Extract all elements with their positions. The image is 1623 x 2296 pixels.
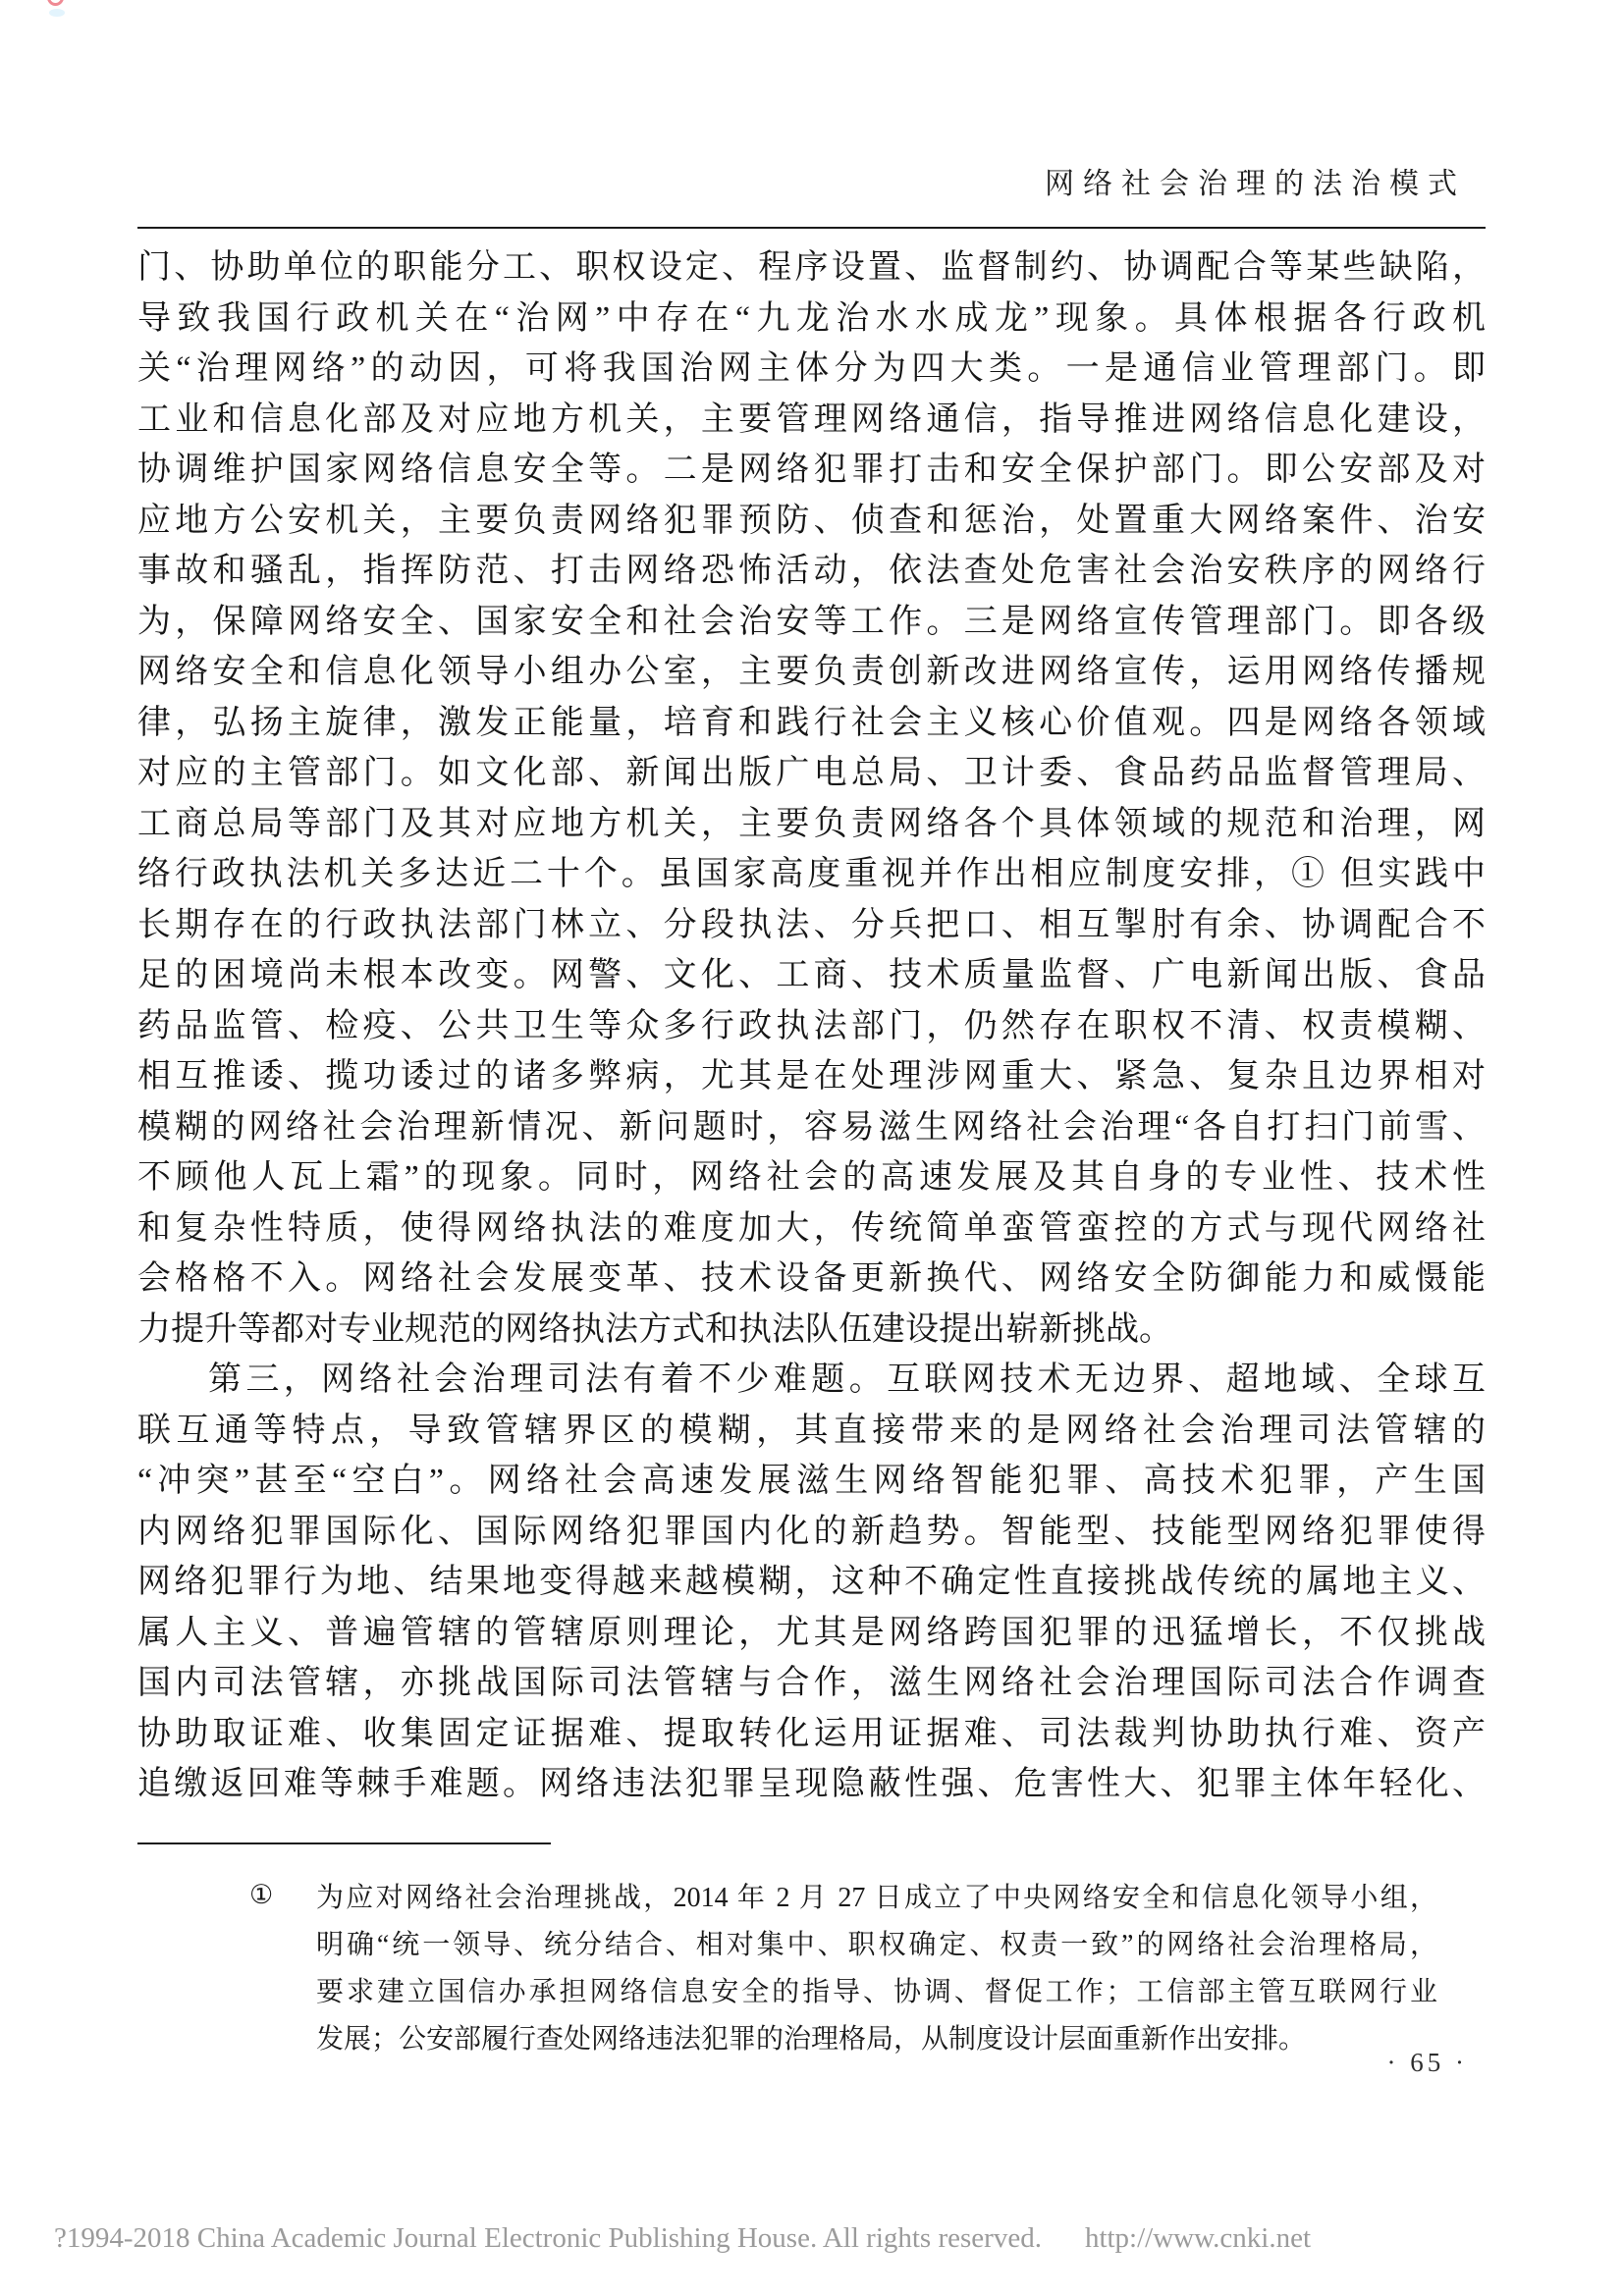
text-line: 力提升等都对专业规范的网络执法方式和执法队伍建设提出崭新挑战。 — [137, 1305, 1486, 1356]
text-line: 药品监管、检疫、公共卫生等众多行政执法部门，仍然存在职权不清、权责模糊、 — [137, 1001, 1486, 1052]
text-line: 属人主义、普遍管辖的管辖原则理论，尤其是网络跨国犯罪的迅猛增长，不仅挑战 — [137, 1608, 1486, 1659]
page-number: · 65 · — [1387, 2048, 1468, 2078]
text-line: 明确“统一领导、统分结合、相对集中、职权确定、权责一致”的网络社会治理格局， — [316, 1922, 1437, 1969]
text-line: 网络犯罪行为地、结果地变得越来越模糊，这种不确定性直接挑战传统的属地主义、 — [137, 1557, 1486, 1608]
text-line: 不顾他人瓦上霜”的现象。同时，网络社会的高速发展及其自身的专业性、技术性 — [137, 1152, 1486, 1203]
text-line: 为应对网络社会治理挑战，2014 年 2 月 27 日成立了中央网络安全和信息化… — [316, 1875, 1437, 1922]
scan-artifact-pink — [47, 0, 64, 6]
article-body: 门、协助单位的职能分工、职权设定、程序设置、监督制约、协调配合等某些缺陷，导致我… — [137, 242, 1486, 1810]
footnote-lines: 为应对网络社会治理挑战，2014 年 2 月 27 日成立了中央网络安全和信息化… — [316, 1875, 1437, 2063]
footnote: ① 为应对网络社会治理挑战，2014 年 2 月 27 日成立了中央网络安全和信… — [316, 1875, 1437, 2063]
text-line: 第三，网络社会治理司法有着不少难题。互联网技术无边界、超地域、全球互 — [137, 1355, 1486, 1406]
footer: ?1994-2018 China Academic Journal Electr… — [54, 2222, 1311, 2255]
text-line: 会格格不入。网络社会发展变革、技术设备更新换代、网络安全防御能力和威慑能 — [137, 1254, 1486, 1305]
text-line: 协调维护国家网络信息安全等。二是网络犯罪打击和安全保护部门。即公安部及对 — [137, 445, 1486, 496]
paragraph-continuation: 门、协助单位的职能分工、职权设定、程序设置、监督制约、协调配合等某些缺陷，导致我… — [137, 242, 1486, 1355]
text-line: 长期存在的行政执法部门林立、分段执法、分兵把口、相互掣肘有余、协调配合不 — [137, 900, 1486, 951]
header-rule — [137, 227, 1486, 229]
text-line: 足的困境尚未根本改变。网警、文化、工商、技术质量监督、广电新闻出版、食品 — [137, 950, 1486, 1001]
footnote-separator — [137, 1842, 551, 1844]
text-line: 模糊的网络社会治理新情况、新问题时，容易滋生网络社会治理“各自打扫门前雪、 — [137, 1102, 1486, 1153]
text-line: 追缴返回难等棘手难题。网络违法犯罪呈现隐蔽性强、危害性大、犯罪主体年轻化、 — [137, 1759, 1486, 1810]
text-line: 国内司法管辖，亦挑战国际司法管辖与合作，滋生网络社会治理国际司法合作调查 — [137, 1658, 1486, 1709]
text-line: 对应的主管部门。如文化部、新闻出版广电总局、卫计委、食品药品监督管理局、 — [137, 748, 1486, 799]
text-line: 应地方公安机关，主要负责网络犯罪预防、侦查和惩治，处置重大网络案件、治安 — [137, 496, 1486, 547]
copyright-text: ?1994-2018 China Academic Journal Electr… — [54, 2222, 1042, 2254]
text-line: 为，保障网络安全、国家安全和社会治安等工作。三是网络宣传管理部门。即各级 — [137, 597, 1486, 648]
text-line: 工业和信息化部及对应地方机关，主要管理网络通信，指导推进网络信息化建设， — [137, 395, 1486, 446]
text-line: 门、协助单位的职能分工、职权设定、程序设置、监督制约、协调配合等某些缺陷， — [137, 242, 1486, 294]
text-line: 和复杂性特质，使得网络执法的难度加大，传统简单蛮管蛮控的方式与现代网络社 — [137, 1203, 1486, 1255]
footnote-marker: ① — [249, 1880, 273, 1910]
text-line: 要求建立国信办承担网络信息安全的指导、协调、督促工作；工信部主管互联网行业 — [316, 1969, 1437, 2016]
scanned-page: 网络社会治理的法治模式 门、协助单位的职能分工、职权设定、程序设置、监督制约、协… — [0, 0, 1623, 2296]
running-header-title: 网络社会治理的法治模式 — [1045, 159, 1466, 202]
text-line: 联互通等特点，导致管辖界区的模糊，其直接带来的是网络社会治理司法管辖的 — [137, 1406, 1486, 1457]
text-line: 协助取证难、收集固定证据难、提取转化运用证据难、司法裁判协助执行难、资产 — [137, 1709, 1486, 1760]
text-line: 导致我国行政机关在“治网”中存在“九龙治水水成龙”现象。具体根据各行政机 — [137, 294, 1486, 345]
text-line: 律，弘扬主旋律，激发正能量，培育和践行社会主义核心价值观。四是网络各领域 — [137, 698, 1486, 749]
text-line: 网络安全和信息化领导小组办公室，主要负责创新改进网络宣传，运用网络传播规 — [137, 647, 1486, 698]
text-line: “冲突”甚至“空白”。网络社会高速发展滋生网络智能犯罪、高技术犯罪，产生国 — [137, 1456, 1486, 1507]
footer-url: http://www.cnki.net — [1085, 2222, 1311, 2254]
scan-artifact-blue — [49, 9, 65, 17]
text-line: 相互推诿、揽功诿过的诸多弊病，尤其是在处理涉网重大、紧急、复杂且边界相对 — [137, 1051, 1486, 1102]
text-line: 络行政执法机关多达近二十个。虽国家高度重视并作出相应制度安排，① 但实践中 — [137, 849, 1486, 900]
text-line: 关“治理网络”的动因，可将我国治网主体分为四大类。一是通信业管理部门。即 — [137, 344, 1486, 395]
text-line: 事故和骚乱，指挥防范、打击网络恐怖活动，依法查处危害社会治安秩序的网络行 — [137, 546, 1486, 597]
text-line: 内网络犯罪国际化、国际网络犯罪国内化的新趋势。智能型、技能型网络犯罪使得 — [137, 1507, 1486, 1558]
paragraph-third-point: 第三，网络社会治理司法有着不少难题。互联网技术无边界、超地域、全球互联互通等特点… — [137, 1355, 1486, 1810]
text-line: 工商总局等部门及其对应地方机关，主要负责网络各个具体领域的规范和治理，网 — [137, 799, 1486, 850]
text-line: 发展；公安部履行查处网络违法犯罪的治理格局，从制度设计层面重新作出安排。 — [316, 2016, 1437, 2063]
